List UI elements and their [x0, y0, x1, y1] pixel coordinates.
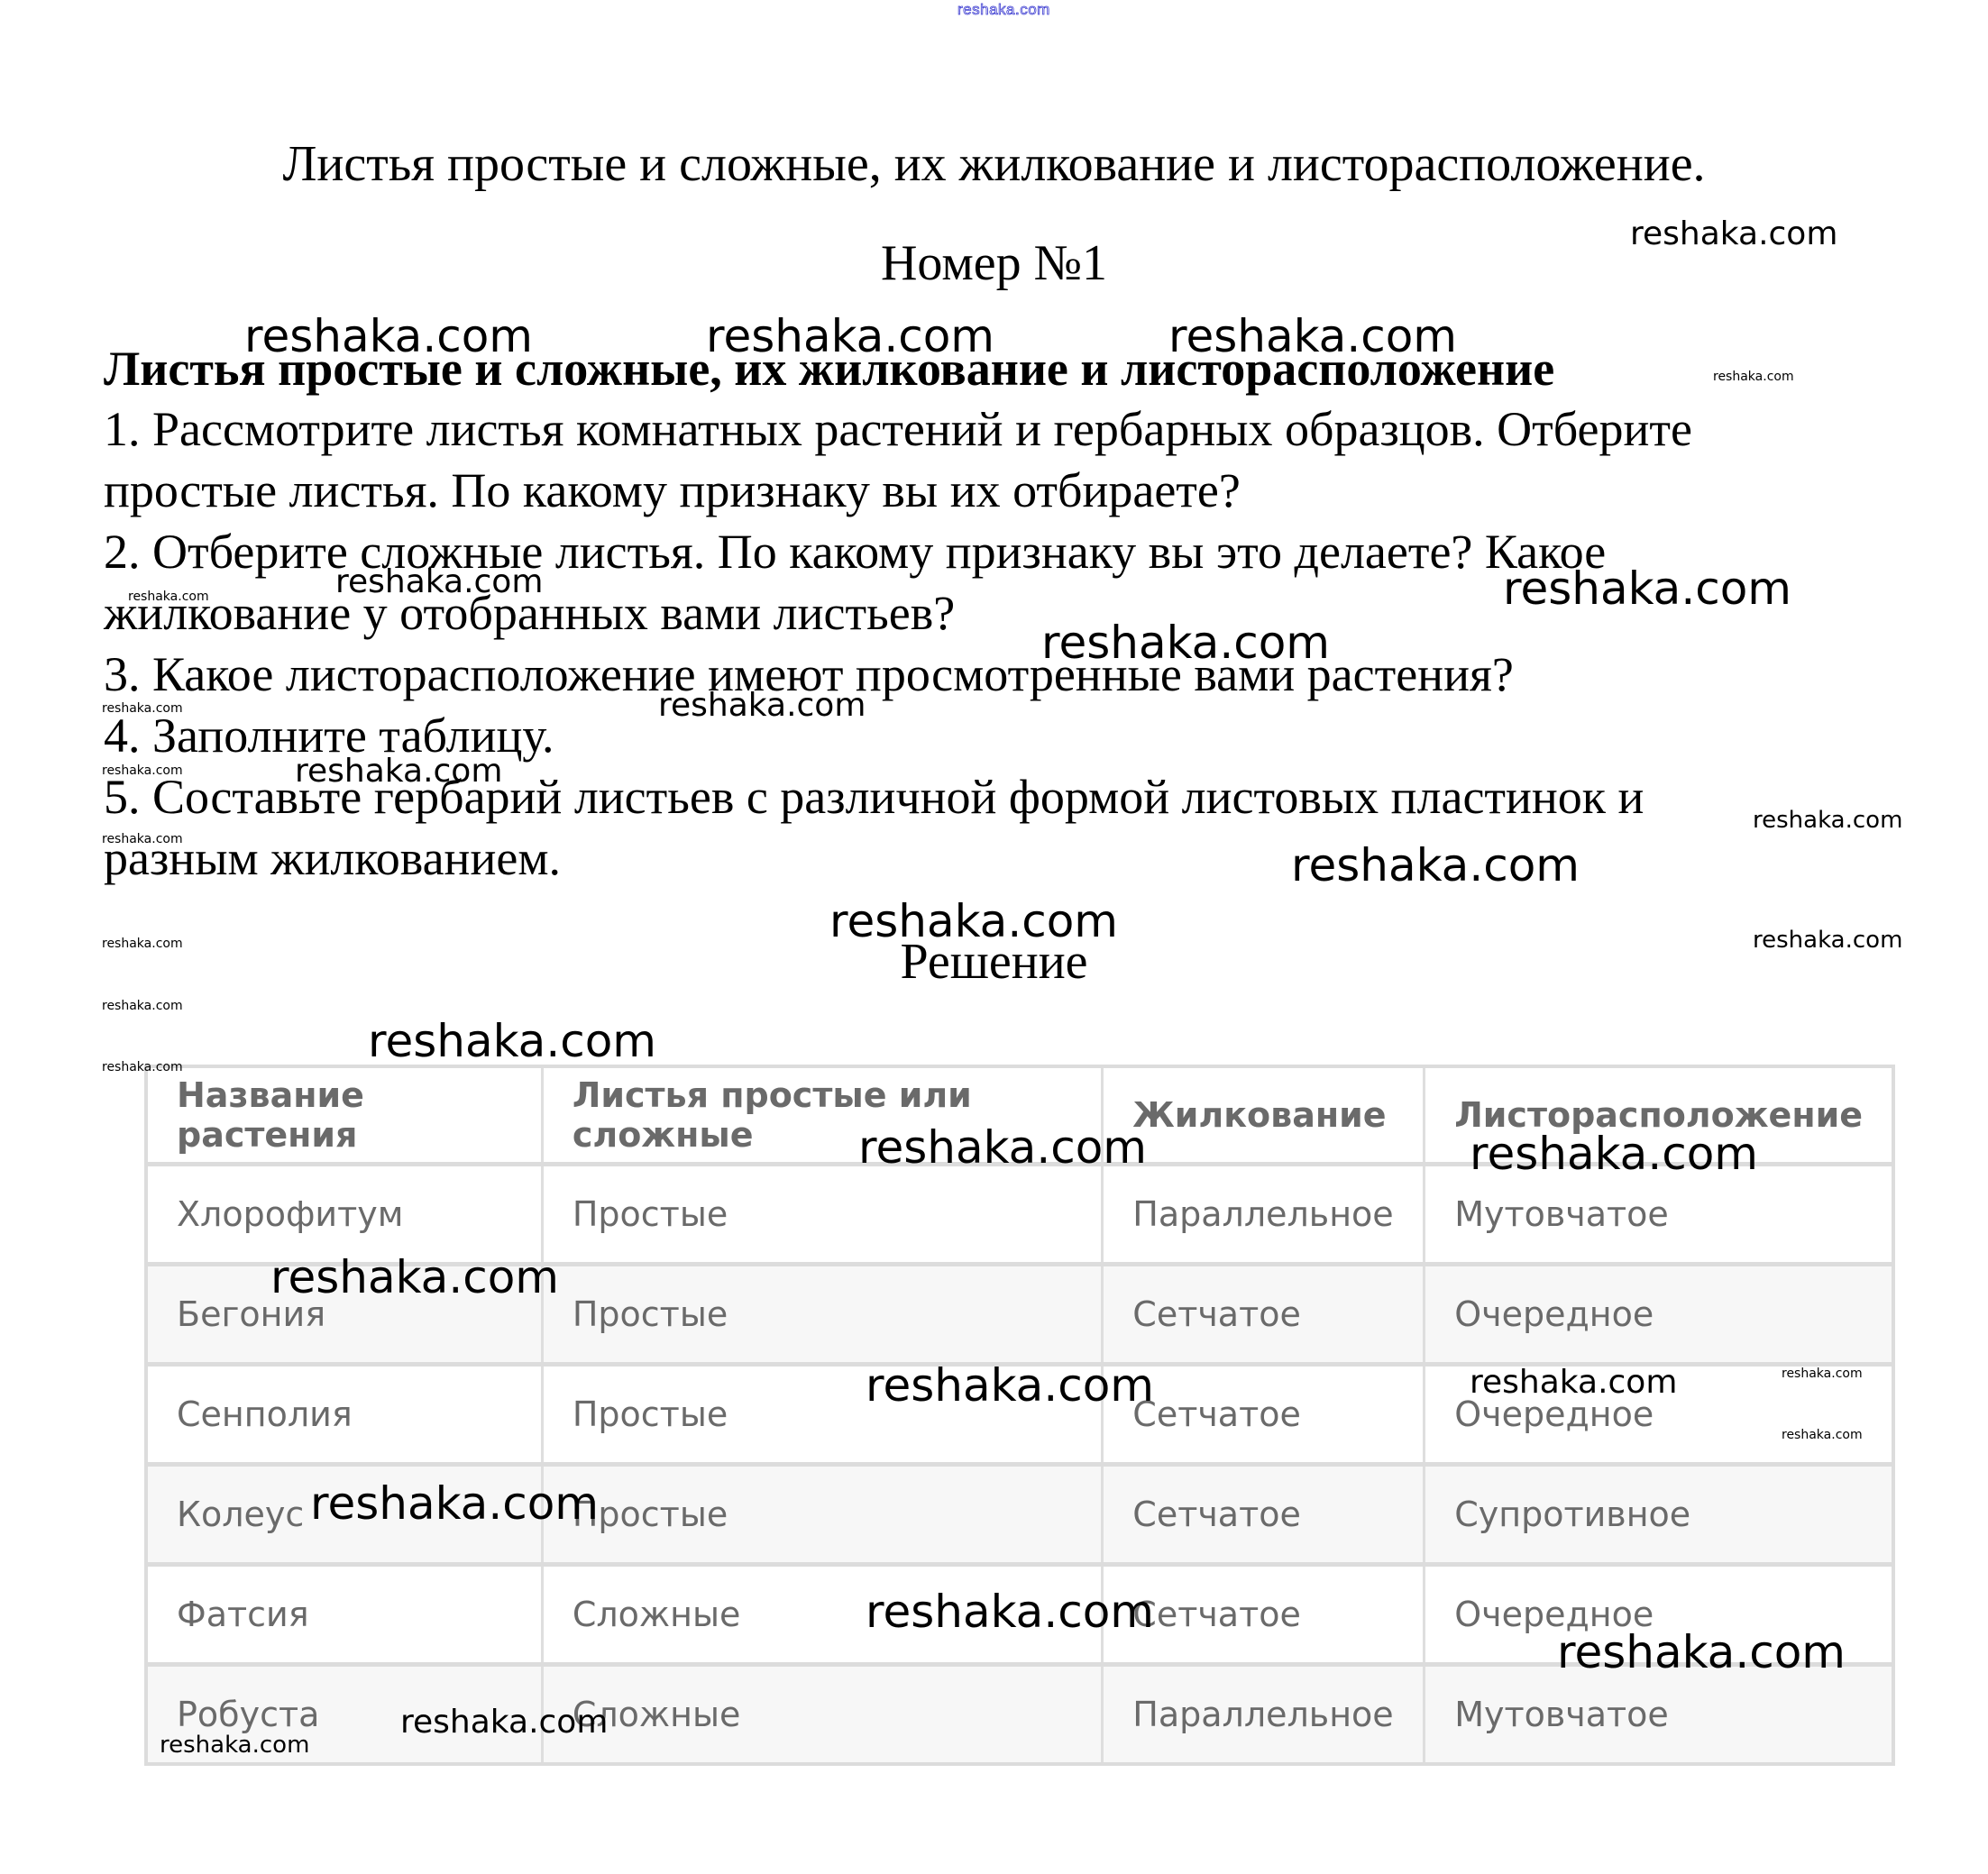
top-watermark: reshaka.com [957, 2, 1050, 17]
watermark: reshaka.com [310, 1481, 599, 1526]
cell-arrangement: Мутовчатое [1425, 1665, 1893, 1765]
watermark: reshaka.com [102, 1061, 183, 1074]
watermark: reshaka.com [102, 764, 183, 777]
watermark: reshaka.com [1470, 1131, 1758, 1176]
task-line-1: 1. Рассмотрите листья комнатных растений… [104, 401, 1692, 457]
watermark: reshaka.com [368, 1019, 656, 1064]
watermark: reshaka.com [658, 690, 866, 722]
watermark: reshaka.com [866, 1363, 1154, 1408]
watermark: reshaka.com [102, 1000, 183, 1012]
task-line-2: простые листья. По какому признаку вы их… [104, 462, 1241, 518]
cell-plant: Сенполия [146, 1365, 542, 1465]
watermark: reshaka.com [295, 755, 502, 788]
header-venation: Жилкование [1103, 1066, 1425, 1165]
cell-arrangement: Супротивное [1425, 1465, 1893, 1565]
watermark: reshaka.com [1753, 809, 1902, 832]
watermark: reshaka.com [102, 833, 183, 846]
page-title: Листья простые и сложные, их жилкование … [0, 135, 1988, 193]
watermark: reshaka.com [829, 899, 1118, 944]
cell-leaf-type: Простые [542, 1265, 1102, 1365]
cell-leaf-type: Простые [542, 1465, 1102, 1565]
watermark: reshaka.com [706, 314, 994, 359]
watermark: reshaka.com [128, 590, 209, 603]
cell-venation: Сетчатое [1103, 1265, 1425, 1365]
watermark: reshaka.com [270, 1255, 559, 1300]
watermark: reshaka.com [1782, 1429, 1863, 1441]
watermark: reshaka.com [1782, 1367, 1863, 1380]
watermark: reshaka.com [1041, 620, 1330, 665]
cell-plant: Фатсия [146, 1565, 542, 1665]
watermark: reshaka.com [400, 1706, 608, 1739]
watermark: reshaka.com [1503, 566, 1791, 611]
task-line-3: 2. Отберите сложные листья. По какому пр… [104, 524, 1606, 580]
cell-plant: Хлорофитум [146, 1165, 542, 1265]
watermark: reshaka.com [858, 1125, 1147, 1170]
watermark: reshaka.com [1713, 370, 1794, 383]
cell-venation: Параллельное [1103, 1165, 1425, 1265]
watermark: reshaka.com [102, 702, 183, 715]
watermark: reshaka.com [102, 937, 183, 950]
watermark: reshaka.com [1291, 843, 1580, 888]
cell-leaf-type: Сложные [542, 1665, 1102, 1765]
watermark: reshaka.com [160, 1733, 309, 1757]
cell-arrangement: Очередное [1425, 1265, 1893, 1365]
watermark: reshaka.com [244, 314, 533, 359]
cell-venation: Сетчатое [1103, 1465, 1425, 1565]
watermark: reshaka.com [1753, 928, 1902, 952]
header-plant-name: Название растения [146, 1066, 542, 1165]
cell-venation: Параллельное [1103, 1665, 1425, 1765]
watermark: reshaka.com [866, 1589, 1154, 1634]
watermark: reshaka.com [1168, 314, 1457, 359]
watermark: reshaka.com [335, 566, 543, 599]
watermark: reshaka.com [1470, 1367, 1677, 1399]
cell-leaf-type: Простые [542, 1165, 1102, 1265]
watermark: reshaka.com [1630, 218, 1837, 251]
watermark: reshaka.com [1557, 1630, 1846, 1675]
